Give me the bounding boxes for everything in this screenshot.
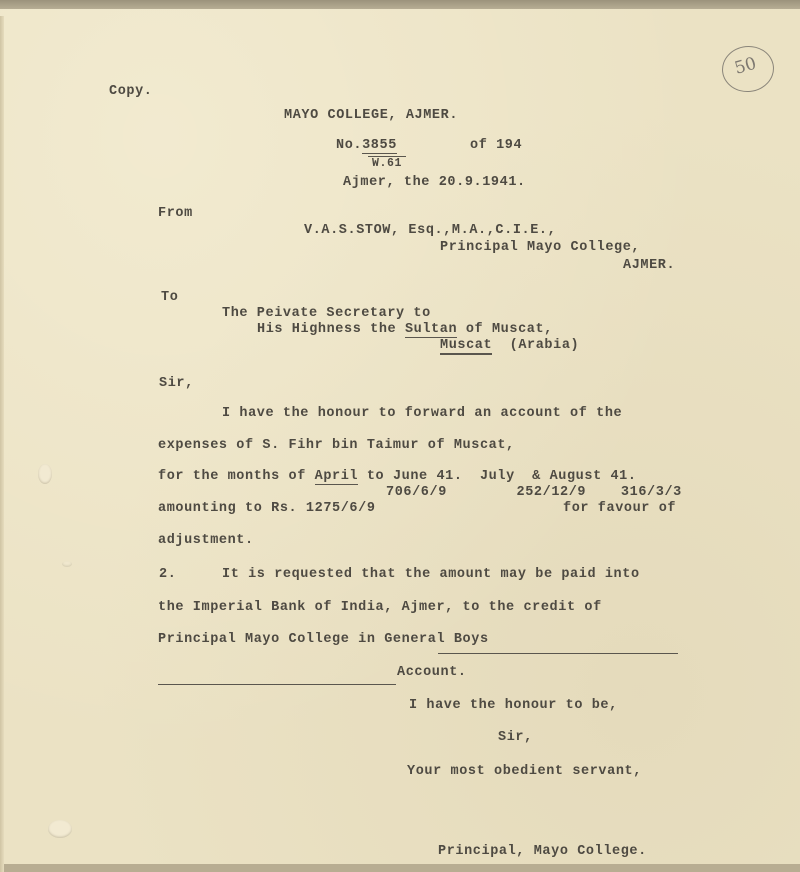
account-fill-underline: [438, 653, 678, 654]
place-date: Ajmer, the 20.9.1941.: [343, 175, 526, 190]
from-label: From: [158, 206, 193, 221]
muscat-underlined: Muscat: [440, 338, 492, 355]
to-line-3: Muscat (Arabia): [440, 338, 579, 353]
account-blank-underline: [158, 684, 396, 685]
letterhead: MAYO COLLEGE, AJMER.: [284, 108, 458, 123]
to-label: To: [161, 290, 178, 305]
punch-mark-middle: [62, 561, 72, 567]
sultan-underlined: Sultan: [405, 322, 457, 338]
body-p1-line-5: adjustment.: [158, 533, 254, 548]
punch-hole-lower: [48, 820, 72, 838]
body-p2-line-4: Account.: [397, 665, 467, 680]
folio-number-circle: 50: [720, 43, 777, 94]
favour-text: for favour of: [563, 501, 676, 516]
signature-title: Principal, Mayo College.: [438, 844, 647, 859]
body-p2-line-1: It is requested that the amount may be p…: [222, 567, 640, 582]
to-line-2: His Highness the Sultan of Muscat,: [257, 322, 553, 337]
body-p2-line-3: Principal Mayo College in General Boys: [158, 632, 489, 647]
reference-number: No.3855: [336, 138, 397, 153]
body-p2-line-2: the Imperial Bank of India, Ajmer, to th…: [158, 600, 602, 615]
to-line-1: The Peivate Secretary to: [222, 306, 431, 321]
scan-top-edge: [0, 0, 800, 9]
body-p1-line-2: expenses of S. Fihr bin Taimur of Muscat…: [158, 438, 515, 453]
from-title: Principal Mayo College,: [440, 240, 640, 255]
from-name: V.A.S.STOW, Esq.,M.A.,C.I.E.,: [304, 223, 556, 238]
folio-number: 50: [732, 54, 758, 79]
body-p1-line-1: I have the honour to forward an account …: [222, 406, 622, 421]
letter-page: 50 Copy. MAYO COLLEGE, AJMER. No.3855 of…: [0, 8, 800, 864]
reference-year: of 194: [470, 138, 522, 153]
paragraph-number-2: 2.: [159, 567, 176, 582]
punch-hole-upper: [38, 464, 52, 484]
closing-line-1: I have the honour to be,: [409, 698, 618, 713]
amounting-line: amounting to Rs. 1275/6/9: [158, 501, 376, 516]
closing-line-3: Your most obedient servant,: [407, 764, 642, 779]
amounts-row: 706/6/9 252/12/9 316/3/3: [386, 485, 682, 500]
closing-line-2: Sir,: [498, 730, 533, 745]
page-edge-shadow: [0, 16, 4, 864]
reference-subnumber: W.61: [368, 156, 406, 170]
salutation: Sir,: [159, 376, 194, 391]
copy-label: Copy.: [109, 84, 153, 99]
from-city: AJMER.: [623, 258, 675, 273]
reference-number-value: 3855: [362, 138, 397, 154]
body-p1-line-3: for the months of April to June 41. July…: [158, 469, 637, 484]
account-name-fill: General Boys: [384, 632, 488, 647]
